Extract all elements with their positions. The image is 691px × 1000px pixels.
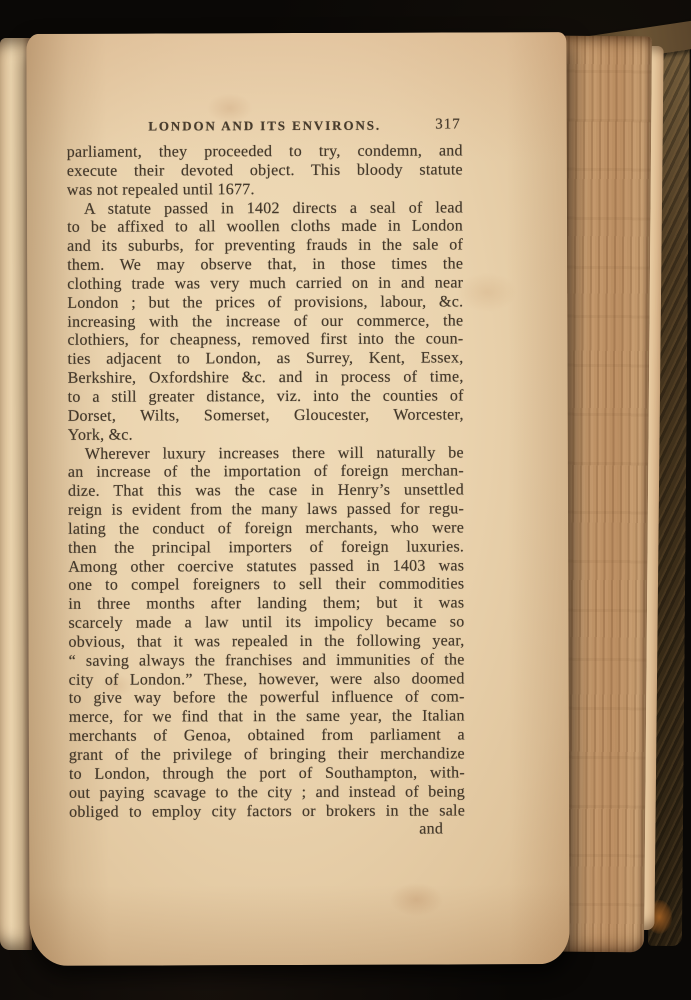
text-line: London ; but the prices of provisions, l… <box>67 293 463 313</box>
text-line: merchants of Genoa, obtained from parlia… <box>69 727 465 747</box>
text-line: A statute passed in 1402 directs a seal … <box>67 199 463 219</box>
text-line: increasing with the increase of our comm… <box>67 312 463 332</box>
text-line: scarcely made a law until its impolicy b… <box>68 614 464 634</box>
text-line: Berkshire, Oxfordshire &c. and in proces… <box>68 369 464 389</box>
text-line: obvious, that it was repealed in the fol… <box>68 632 464 652</box>
text-line: in three months after landing them; but … <box>68 595 464 615</box>
page-stain <box>457 272 517 312</box>
text-line: an increase of the importation of foreig… <box>68 463 464 483</box>
paragraph: A statute passed in 1402 directs a seal … <box>67 199 464 445</box>
paragraph: parliament, they proceeded to try, conde… <box>67 142 463 200</box>
text-line: clothing trade was very much carried on … <box>67 274 463 294</box>
text-line: to be affixed to all woollen cloths made… <box>67 218 463 238</box>
catchword: and <box>69 821 465 841</box>
paragraph: Wherever luxury increases there will nat… <box>68 444 465 822</box>
running-header-title: LONDON AND ITS ENVIRONS. <box>67 116 463 136</box>
page-stain <box>389 882 443 916</box>
text-line: grant of the privilege of bringing their… <box>69 745 465 765</box>
text-line: “ saving always the franchises and immun… <box>69 651 465 671</box>
text-line: city of London.” These, however, were al… <box>69 670 465 690</box>
text-line: dize. That this was the case in Henry’s … <box>68 482 464 502</box>
text-line: lating the conduct of foreign merchants,… <box>68 519 464 539</box>
text-line: to give way before the powerful influenc… <box>69 689 465 709</box>
book-photograph: LONDON AND ITS ENVIRONS. 317 parliament,… <box>0 0 691 1000</box>
text-line: was not repealed until 1677. <box>67 180 463 200</box>
printed-text-block: LONDON AND ITS ENVIRONS. 317 parliament,… <box>67 116 466 841</box>
text-line: execute their devoted object. This blood… <box>67 161 463 181</box>
text-line: ties adjacent to London, as Surrey, Kent… <box>67 350 463 370</box>
text-line: Dorset, Wilts, Somerset, Gloucester, Wor… <box>68 406 464 426</box>
text-line: them. We may observe that, in those time… <box>67 255 463 275</box>
text-line: to a still greater distance, viz. into t… <box>68 387 464 407</box>
text-line: out paying scavage to the city ; and ins… <box>69 783 465 803</box>
text-line: and its suburbs, for preventing frauds i… <box>67 237 463 257</box>
text-line: Among other coercive statutes passed in … <box>68 557 464 577</box>
text-line: York, &c. <box>68 425 464 445</box>
text-line: to London, through the port of Southampt… <box>69 764 465 784</box>
text-line: obliged to employ city factors or broker… <box>69 802 465 822</box>
page-number: 317 <box>435 115 461 134</box>
text-line: then the principal importers of foreign … <box>68 538 464 558</box>
text-line: reign is evident from the many laws pass… <box>68 500 464 520</box>
running-header: LONDON AND ITS ENVIRONS. 317 <box>67 116 463 135</box>
book-page: LONDON AND ITS ENVIRONS. 317 parliament,… <box>26 32 569 966</box>
text-line: Wherever luxury increases there will nat… <box>68 444 464 464</box>
text-line: clothiers, for cheapness, removed first … <box>67 331 463 351</box>
text-line: merce, for we find that in the same year… <box>69 708 465 728</box>
text-line: parliament, they proceeded to try, conde… <box>67 142 463 162</box>
paragraphs: parliament, they proceeded to try, conde… <box>67 142 465 822</box>
text-line: one to compel foreigners to sell their c… <box>68 576 464 596</box>
